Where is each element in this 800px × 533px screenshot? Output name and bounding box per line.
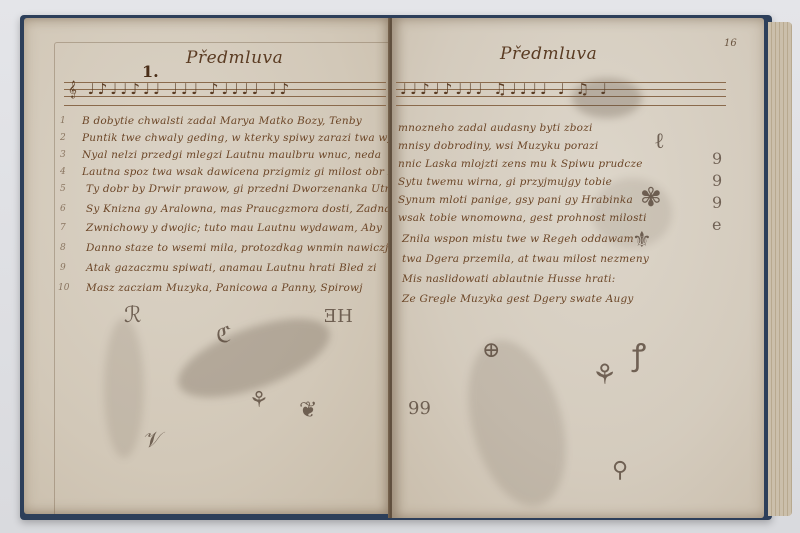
- text-line: B dobytie chwalsti zadal Marya Matko Boz…: [82, 115, 362, 127]
- page-number: 16: [724, 38, 737, 49]
- numeral-doodle-icon: 999e: [712, 148, 722, 236]
- text-line: mnisy dobrodiny, wsi Muzyku porazi: [398, 140, 598, 152]
- ink-smudge: [104, 318, 144, 458]
- numeral-doodle-icon: 99: [408, 398, 431, 419]
- line-number: 2: [60, 133, 66, 143]
- page-border: [54, 42, 392, 514]
- plant-sketch-icon: ⚘: [249, 388, 269, 413]
- section-number: 1.: [142, 62, 159, 81]
- flourish-doodle-icon: ꝭ: [632, 333, 646, 374]
- flourish-doodle-icon: ⚜: [632, 228, 652, 253]
- text-line: Lautna spoz twa wsak dawicena przigmiz g…: [82, 166, 392, 178]
- text-line: Sy Knizna gy Aralowna, mas Praucgzmora d…: [86, 203, 391, 215]
- flower-sketch-icon: ✾: [640, 183, 662, 213]
- text-line: Masz zacziam Muzyka, Panicowa a Panny, S…: [86, 282, 363, 294]
- ink-smudge: [572, 78, 642, 118]
- letter-doodle-icon: ℛ: [124, 303, 142, 328]
- right-heading: Předmluva: [500, 44, 597, 64]
- text-line: Ze Gregle Muzyka gest Dgery swate Augy: [402, 293, 634, 305]
- left-page: 1. Předmluva 𝄞 ♩♪♩♩♪♩♩ ♩♩♩ ♪♩♩♩♩ ♩♪ 1 2 …: [24, 18, 392, 514]
- sketch-figure-icon: ⚲: [612, 458, 628, 483]
- flower-sketch-icon: ⚘: [592, 358, 617, 391]
- text-line: twa Dgera przemila, at twau milost nezme…: [402, 253, 649, 265]
- line-number: 10: [58, 283, 69, 293]
- right-page: Předmluva 16 ♩♩♪♩♪♩♩♩ ♫♩♩♩♩ ♩ ♫ ♩ mnozne…: [392, 18, 764, 518]
- text-line: Mis naslidowati ablautnie Husse hrati:: [402, 273, 615, 285]
- line-number: 4: [60, 167, 66, 177]
- text-line: Danno staze to wsemi mila, protozdkag wn…: [86, 242, 392, 254]
- text-line: Puntik twe chwaly geding, w kterky spiwy…: [82, 132, 392, 144]
- line-number: 6: [60, 204, 66, 214]
- cross-circle-doodle-icon: ⊕: [482, 338, 500, 363]
- text-line: mnozneho zadal audasny byti zbozi: [398, 122, 593, 134]
- music-notes: 𝄞 ♩♪♩♩♪♩♩ ♩♩♩ ♪♩♩♩♩ ♩♪: [68, 80, 292, 98]
- line-number: 8: [60, 243, 66, 253]
- swirl-doodle-icon: ℓ: [654, 128, 665, 154]
- line-number: 3: [60, 150, 66, 160]
- text-line: nnic Laska mlojzti zens mu k Spiwu prudc…: [398, 158, 643, 170]
- text-line: Nyal nelzi przedgi mlegzi Lautnu maulbru…: [82, 149, 381, 161]
- line-number: 7: [60, 223, 66, 233]
- line-number: 1: [60, 116, 66, 126]
- letter-doodle-icon: ƎH: [324, 306, 353, 327]
- line-number: 5: [60, 184, 66, 194]
- text-line: Sytu twemu wirna, gi przyjmujgy tobie: [398, 176, 612, 188]
- left-heading: Předmluva: [186, 48, 283, 68]
- line-number: 9: [60, 263, 66, 273]
- text-line: Znila wspon mistu twe w Regeh oddawam: [402, 233, 634, 245]
- plant-sketch-icon: ❦: [299, 398, 317, 423]
- page-block-edge: [768, 22, 792, 516]
- ink-smudge: [452, 329, 583, 517]
- text-line: Atak gazaczmu spiwati, anamau Lautnu hra…: [86, 262, 377, 274]
- text-line: Zwnichowy y dwojic; tuto mau Lautnu wyda…: [86, 222, 382, 234]
- flourish-doodle-icon: 𝒱: [144, 428, 162, 453]
- text-line: Ty dobr by Drwir prawow, gi przedni Dwor…: [86, 183, 392, 195]
- flourish-doodle-icon: ℭ: [216, 323, 231, 348]
